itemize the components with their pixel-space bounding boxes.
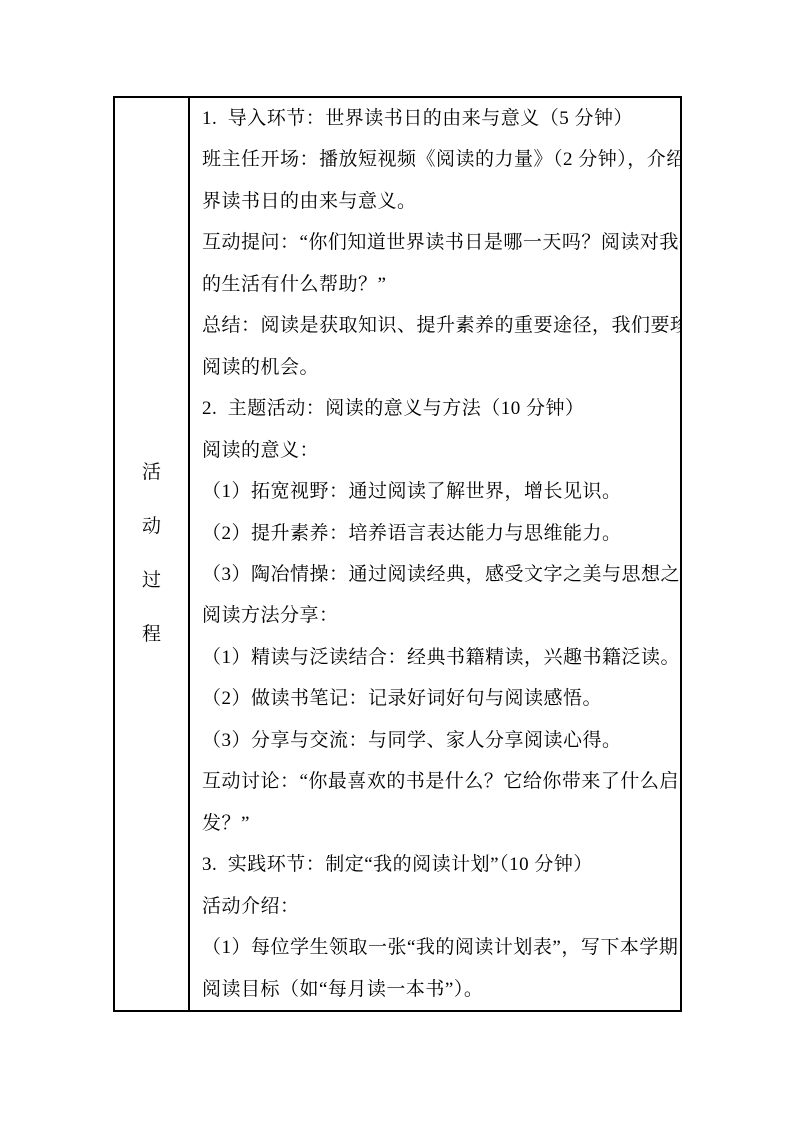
text-line: （1）每位学生领取一张“我的阅读计划表”，写下本学期的: [202, 927, 678, 968]
text-line: 活动介绍：: [202, 886, 678, 927]
text-line: 界读书日的由来与意义。: [202, 181, 678, 222]
text-line: 班主任开场：播放短视频《阅读的力量》（2 分钟），介绍世: [202, 139, 678, 180]
text-line: 阅读方法分享：: [202, 595, 678, 636]
text-line: 互动讨论：“你最喜欢的书是什么？它给你带来了什么启: [202, 761, 678, 802]
document-page: 活 动 过 程 1. 导入环节：世界读书日的由来与意义（5 分钟） 班主任开场：…: [0, 0, 793, 1122]
text-line: 阅读目标（如“每月读一本书”）。: [202, 969, 678, 1010]
text-line: 互动提问：“你们知道世界读书日是哪一天吗？阅读对我们: [202, 222, 678, 263]
row-label-char: 程: [142, 608, 161, 662]
text-line: 的生活有什么帮助？”: [202, 264, 678, 305]
text-line: 2. 主题活动：阅读的意义与方法（10 分钟）: [202, 388, 678, 429]
table-content-cell: 1. 导入环节：世界读书日的由来与意义（5 分钟） 班主任开场：播放短视频《阅读…: [190, 98, 680, 1010]
text-line: （1）拓宽视野：通过阅读了解世界，增长见识。: [202, 471, 678, 512]
text-line: （2）提升素养：培养语言表达能力与思维能力。: [202, 513, 678, 554]
text-line: （3）陶冶情操：通过阅读经典，感受文字之美与思想之深。: [202, 554, 678, 595]
text-line: 阅读的意义：: [202, 430, 678, 471]
row-label-char: 过: [142, 554, 161, 608]
table-row-label-cell: 活 动 过 程: [115, 98, 190, 1010]
text-line: 总结：阅读是获取知识、提升素养的重要途径，我们要珍惜: [202, 305, 678, 346]
lesson-plan-table: 活 动 过 程 1. 导入环节：世界读书日的由来与意义（5 分钟） 班主任开场：…: [113, 96, 682, 1012]
text-line: 发？”: [202, 803, 678, 844]
text-line: 阅读的机会。: [202, 347, 678, 388]
text-line: （1）精读与泛读结合：经典书籍精读，兴趣书籍泛读。: [202, 637, 678, 678]
text-line: （2）做读书笔记：记录好词好句与阅读感悟。: [202, 678, 678, 719]
text-line: 1. 导入环节：世界读书日的由来与意义（5 分钟）: [202, 98, 678, 139]
text-line: 3. 实践环节：制定“我的阅读计划”（10 分钟）: [202, 844, 678, 885]
row-label-char: 活: [142, 446, 161, 500]
row-label-char: 动: [142, 500, 161, 554]
text-line: （3）分享与交流：与同学、家人分享阅读心得。: [202, 720, 678, 761]
